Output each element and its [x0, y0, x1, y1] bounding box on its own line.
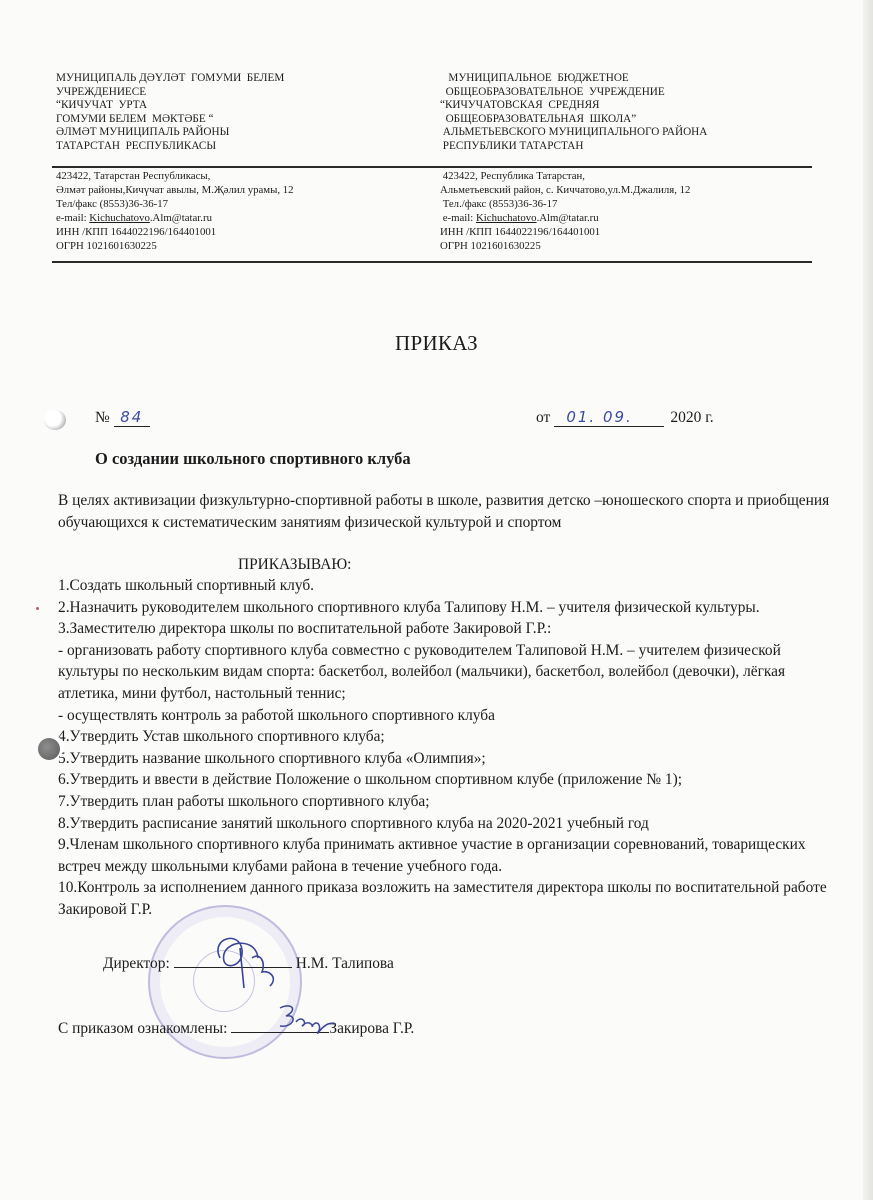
header-russian-org-name: МУНИЦИПАЛЬНОЕ БЮДЖЕТНОЕ ОБЩЕОБРАЗОВАТЕЛЬ… — [440, 72, 800, 154]
order-item: 4.Утвердить Устав школьного спортивного … — [58, 726, 838, 748]
header-line: ОБЩЕОБРАЗОВАТЕЛЬНАЯ ШКОЛА” — [440, 113, 800, 127]
date-prefix: от — [536, 409, 550, 426]
order-subject: О создании школьного спортивного клуба — [95, 449, 411, 469]
order-item: 3.Заместителю директора школы по воспита… — [58, 618, 838, 640]
scanned-document-page: МУНИЦИПАЛЬ ДӘҮЛӘТ ГОМУМИ БЕЛЕМ УЧРЕЖДЕНИ… — [0, 0, 873, 1200]
header-divider-bottom — [52, 261, 812, 263]
director-signature-icon — [200, 928, 290, 998]
order-item: 10.Контроль за исполнением данного прика… — [58, 877, 838, 920]
director-label: Директор: — [103, 955, 170, 972]
punch-hole-shadow — [38, 738, 60, 760]
header-line: “КИЧУЧАТ УРТА — [56, 99, 396, 113]
order-directive-heading: ПРИКАЗЫВАЮ: — [238, 556, 351, 574]
header-line: ГОМУМИ БЕЛЕМ МӘКТӘБЕ “ — [56, 113, 396, 127]
ack-name: Закирова Г.Р. — [329, 1020, 414, 1037]
acknowledgement-line: С приказом ознакомлены:Закирова Г.Р. — [58, 1020, 414, 1038]
email-domain: .Alm@tatar.ru — [537, 212, 599, 224]
scan-speck — [36, 607, 39, 610]
email-line: e-mail: Kichuchatovo.Alm@tatar.ru — [56, 212, 294, 226]
inn-kpp: ИНН /КПП 1644022196/164401001 — [440, 226, 690, 240]
order-item: 7.Утвердить план работы школьного спорти… — [58, 791, 838, 813]
order-date-handwritten: 01. 09. — [554, 408, 664, 427]
header-line: ТАТАРСТАН РЕСПУБЛИКАСЫ — [56, 140, 396, 154]
email-domain: .Alm@tatar.ru — [150, 212, 212, 224]
order-item: - организовать работу спортивного клуба … — [58, 640, 838, 705]
address-block-right: 423422, Республика Татарстан, Альметьевс… — [440, 170, 690, 253]
email-prefix: e-mail: — [440, 212, 476, 224]
ogrn: ОГРН 1021601630225 — [440, 240, 690, 254]
header-line: МУНИЦИПАЛЬНОЕ БЮДЖЕТНОЕ — [440, 72, 800, 86]
address-line: 423422, Татарстан Республикасы, — [56, 170, 294, 184]
ack-label: С приказом ознакомлены: — [58, 1020, 227, 1037]
inn-kpp: ИНН /КПП 1644022196/164401001 — [56, 226, 294, 240]
page-edge-shadow — [863, 0, 873, 1200]
director-name: Н.М. Талипова — [296, 955, 394, 972]
email-link[interactable]: Kichuchatovo — [476, 212, 537, 224]
header-line: РЕСПУБЛИКИ ТАТАРСТАН — [440, 140, 800, 154]
order-item: - осуществлять контроль за работой школь… — [58, 705, 838, 727]
address-line: Альметьевский район, с. Киччатово,ул.М.Д… — [440, 184, 690, 198]
address-block-left: 423422, Татарстан Республикасы, Әлмәт ра… — [56, 170, 294, 253]
header-line: МУНИЦИПАЛЬ ДӘҮЛӘТ ГОМУМИ БЕЛЕМ — [56, 72, 396, 86]
order-item: 6.Утвердить и ввести в действие Положени… — [58, 769, 838, 791]
order-item: 5.Утвердить название школьного спортивно… — [58, 748, 838, 770]
header-line: ӘЛМӘТ МУНИЦИПАЛЬ РАЙОНЫ — [56, 126, 396, 140]
address-line: 423422, Республика Татарстан, — [440, 170, 690, 184]
acknowledger-signature-icon — [272, 1000, 342, 1040]
header-line: АЛЬМЕТЬЕВСКОГО МУНИЦИПАЛЬНОГО РАЙОНА — [440, 126, 800, 140]
ogrn: ОГРН 1021601630225 — [56, 240, 294, 254]
phone-fax: Тел/факс (8553)36-36-17 — [56, 198, 294, 212]
order-preamble: В целях активизации физкультурно-спортив… — [58, 490, 838, 534]
order-item: 2.Назначить руководителем школьного спор… — [58, 597, 838, 619]
date-year: 2020 г. — [670, 409, 713, 426]
header-line: “КИЧУЧАТОВСКАЯ СРЕДНЯЯ — [440, 99, 800, 113]
order-item: 9.Членам школьного спортивного клуба при… — [58, 834, 838, 877]
header-line: ОБЩЕОБРАЗОВАТЕЛЬНОЕ УЧРЕЖДЕНИЕ — [440, 86, 800, 100]
order-item: 8.Утвердить расписание занятий школьного… — [58, 813, 838, 835]
order-number: №84 — [95, 408, 150, 427]
phone-fax: Тел./факс (8553)36-36-17 — [440, 198, 690, 212]
header-divider-top — [52, 166, 812, 168]
email-prefix: e-mail: — [56, 212, 89, 224]
address-line: Әлмәт районы,Кичүчат авылы, М.Җәлил урам… — [56, 184, 294, 198]
email-link[interactable]: Kichuchatovo — [89, 212, 150, 224]
punch-hole — [44, 410, 66, 430]
email-line: e-mail: Kichuchatovo.Alm@tatar.ru — [440, 212, 690, 226]
order-date: от01. 09.2020 г. — [536, 408, 714, 427]
order-items-list: 1.Создать школьный спортивный клуб. 2.На… — [58, 575, 838, 921]
order-item: 1.Создать школьный спортивный клуб. — [58, 575, 838, 597]
document-title: ПРИКАЗ — [0, 331, 873, 356]
header-tatar-org-name: МУНИЦИПАЛЬ ДӘҮЛӘТ ГОМУМИ БЕЛЕМ УЧРЕЖДЕНИ… — [56, 72, 396, 154]
order-number-handwritten: 84 — [114, 408, 150, 427]
header-line: УЧРЕЖДЕНИЕСЕ — [56, 86, 396, 100]
number-label: № — [95, 409, 110, 426]
